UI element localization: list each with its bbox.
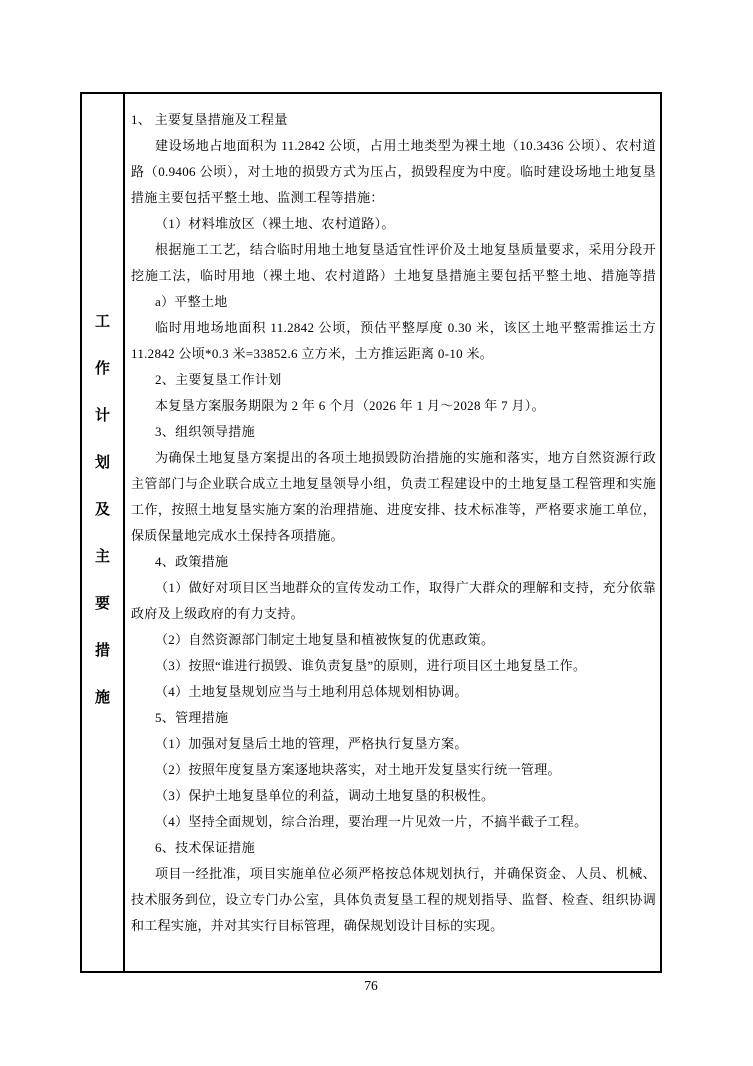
content-line: （4）坚持全面规划，综合治理，要治理一片见效一片，不搞半截子工程。 xyxy=(131,809,656,835)
content-line: 6、技术保证措施 xyxy=(131,835,656,861)
content-line: （1）做好对项目区当地群众的宣传发动工作，取得广大群众的理解和支持，充分依靠 xyxy=(131,575,656,601)
content-line: （1）加强对复垦后土地的管理，严格执行复垦方案。 xyxy=(131,731,656,757)
content-line: 技术服务到位，设立专门办公室，具体负责复垦工程的规划指导、监督、检查、组织协调 xyxy=(131,887,656,913)
content-line: （3）按照“谁进行损毁、谁负责复垦”的原则，进行项目区土地复垦工作。 xyxy=(131,653,656,679)
row-header-char: 作 xyxy=(95,362,110,377)
row-header-vertical-text: 工作计划及主要措施 xyxy=(95,315,110,706)
content-line: 措施主要包括平整土地、监测工程等措施： xyxy=(131,185,656,211)
content-line: （2）按照年度复垦方案逐地块落实，对土地开发复垦实行统一管理。 xyxy=(131,757,656,783)
document-page: 工作计划及主要措施 1、 主要复垦措施及工程量建设场地占地面积为 11.2842… xyxy=(0,0,753,1066)
content-line: 和工程实施，并对其实行目标管理，确保规划设计目标的实现。 xyxy=(131,913,656,939)
content-line: （4）土地复垦规划应当与土地利用总体规划相协调。 xyxy=(131,679,656,705)
content-line: 3、组织领导措施 xyxy=(131,419,656,445)
row-header-char: 主 xyxy=(95,550,110,565)
content-line: 5、管理措施 xyxy=(131,705,656,731)
row-header-char: 计 xyxy=(95,409,110,424)
content-line: （3）保护土地复垦单位的利益，调动土地复垦的积极性。 xyxy=(131,783,656,809)
content-line: 2、主要复垦工作计划 xyxy=(131,367,656,393)
row-header-char: 及 xyxy=(95,503,110,518)
row-header-char: 施 xyxy=(95,691,110,706)
content-line: 为确保土地复垦方案提出的各项土地损毁防治措施的实施和落实，地方自然资源行政 xyxy=(131,445,656,471)
content-line: 11.2842 公顷*0.3 米=33852.6 立方米，土方推运距离 0-10… xyxy=(131,341,656,367)
work-plan-table: 工作计划及主要措施 1、 主要复垦措施及工程量建设场地占地面积为 11.2842… xyxy=(80,92,662,973)
content-line: 主管部门与企业联合成立土地复垦领导小组，负责工程建设中的土地复垦工程管理和实施 xyxy=(131,471,656,497)
content-line: 挖施工法，临时用地（裸土地、农村道路）土地复垦措施主要包括平整土地、措施等措施。 xyxy=(131,263,656,289)
content-line: 保质保量地完成水土保持各项措施。 xyxy=(131,523,656,549)
content-line: （1）材料堆放区（裸土地、农村道路）。 xyxy=(131,211,656,237)
row-header-char: 要 xyxy=(95,597,110,612)
page-number: 76 xyxy=(80,978,662,994)
content-line: 根据施工工艺，结合临时用地土地复垦适宜性评价及土地复垦质量要求，采用分段开 xyxy=(131,237,656,263)
row-header-char: 工 xyxy=(95,315,110,330)
content-line: 建设场地占地面积为 11.2842 公顷，占用土地类型为裸土地（10.3436 … xyxy=(131,133,656,159)
content-line: 本复垦方案服务期限为 2 年 6 个月（2026 年 1 月～2028 年 7 … xyxy=(131,393,656,419)
content-line: 路（0.9406 公顷），对土地的损毁方式为压占，损毁程度为中度。临时建设场地土… xyxy=(131,159,656,185)
content-line: 1、 主要复垦措施及工程量 xyxy=(131,107,656,133)
content-line: a）平整土地 xyxy=(131,289,656,315)
row-header-char: 措 xyxy=(95,644,110,659)
row-header-cell: 工作计划及主要措施 xyxy=(82,94,125,971)
content-line: （2）自然资源部门制定土地复垦和植被恢复的优惠政策。 xyxy=(131,627,656,653)
content-line: 工作，按照土地复垦实施方案的治理措施、进度安排、技术标准等，严格要求施工单位， xyxy=(131,497,656,523)
content-line: 4、政策措施 xyxy=(131,549,656,575)
content-line: 临时用地场地面积 11.2842 公顷，预估平整厚度 0.30 米，该区土地平整… xyxy=(131,315,656,341)
content-line: 政府及上级政府的有力支持。 xyxy=(131,601,656,627)
content-line: 项目一经批准，项目实施单位必须严格按总体规划执行，并确保资金、人员、机械、 xyxy=(131,861,656,887)
row-header-char: 划 xyxy=(95,456,110,471)
table-content-cell: 1、 主要复垦措施及工程量建设场地占地面积为 11.2842 公顷，占用土地类型… xyxy=(125,94,660,971)
